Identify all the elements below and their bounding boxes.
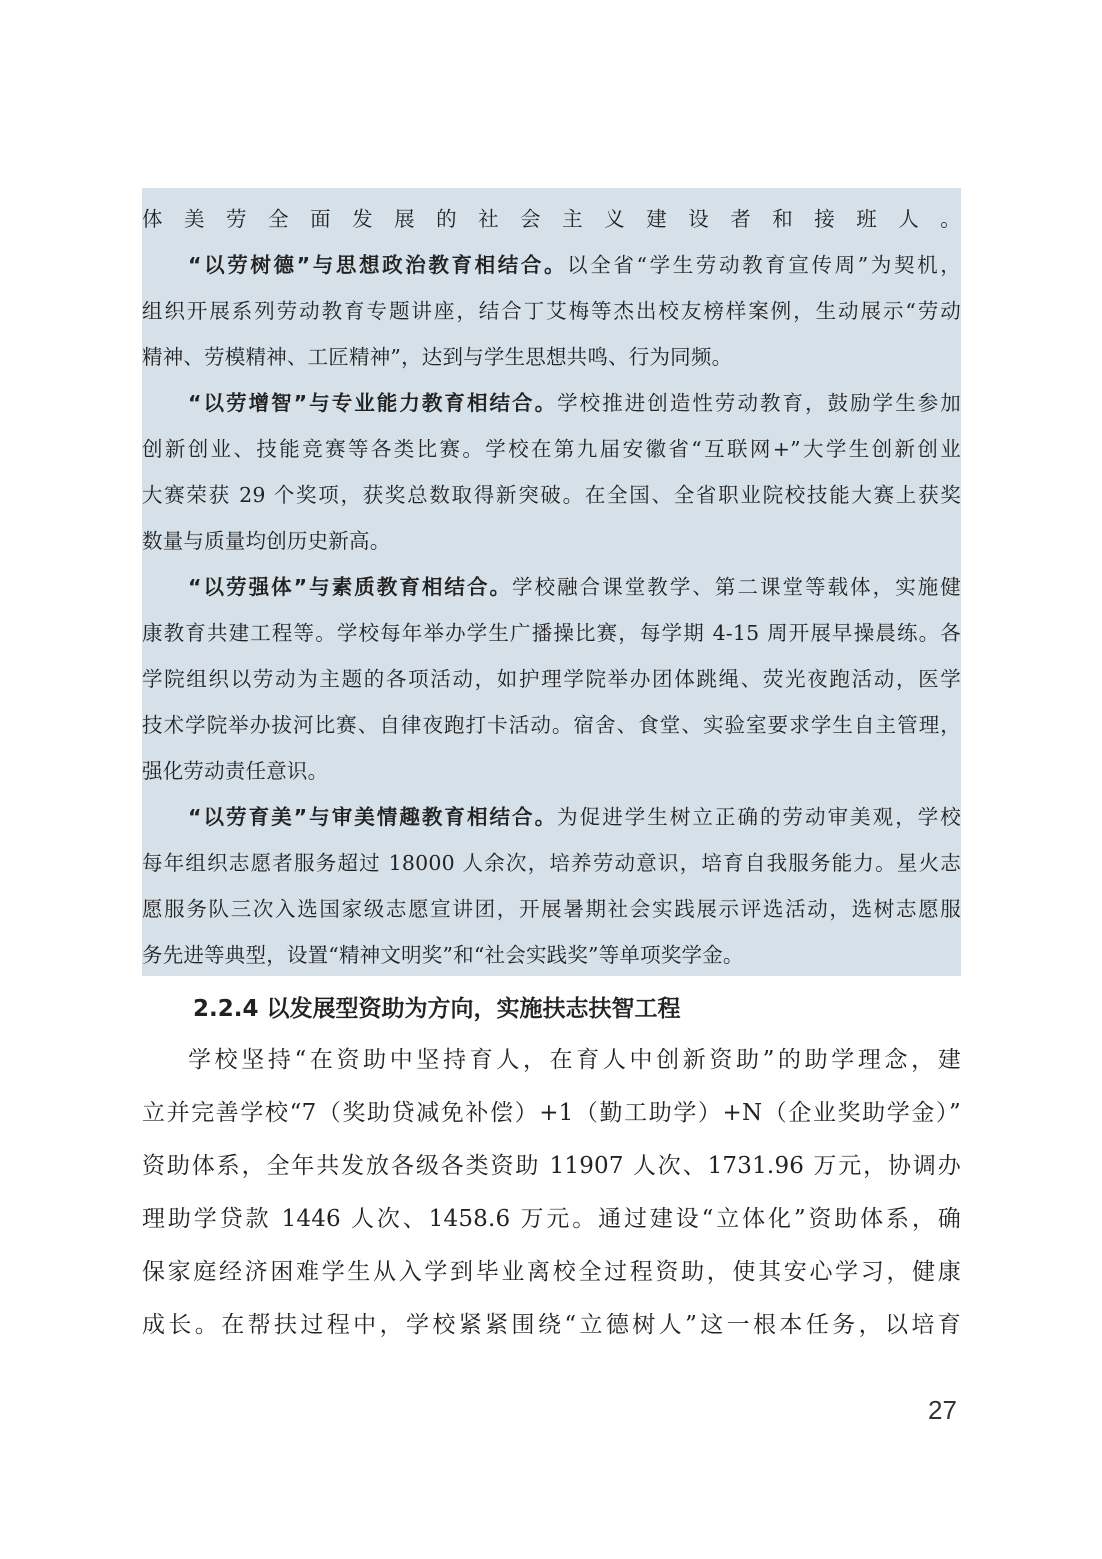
text-line: 学院组织以劳动为主题的各项活动，如护理学院举办团体跳绳、荧光夜跑活动，医学	[142, 665, 961, 693]
text-line: 大赛荣获 29 个奖项，获奖总数取得新突破。在全国、全省职业院校技能大赛上获奖	[142, 481, 961, 509]
section-heading: 2.2.4 以发展型资助为方向，实施扶志扶智工程	[193, 994, 681, 1024]
text-line: 技术学院举办拔河比赛、自律夜跑打卡活动。宿舍、食堂、实验室要求学生自主管理，	[142, 711, 961, 739]
paragraph-lead: “以劳树德”与思想政治教育相结合。	[188, 253, 567, 277]
text-line: 务先进等典型，设置“精神文明奖”和“社会实践奖”等单项奖学金。	[142, 941, 961, 969]
page-number: 27	[928, 1395, 957, 1426]
body-line: 成长。在帮扶过程中，学校紧紧围绕“立德树人”这一根本任务，以培育	[142, 1310, 961, 1340]
paragraph-lead: “以劳强体”与素质教育相结合。	[188, 575, 512, 599]
body-line: 立并完善学校“7（奖助贷减免补偿）+1（勤工助学）+N（企业奖助学金）”	[142, 1098, 961, 1128]
body-line: 资助体系，全年共发放各级各类资助 11907 人次、1731.96 万元，协调办	[142, 1151, 961, 1181]
text-line: 组织开展系列劳动教育专题讲座，结合丁艾梅等杰出校友榜样案例，生动展示“劳动	[142, 297, 961, 325]
text-line: 康教育共建工程等。学校每年举办学生广播操比赛，每学期 4-15 周开展早操晨练。…	[142, 619, 961, 647]
text-line: 精神、劳模精神、工匠精神”，达到与学生思想共鸣、行为同频。	[142, 343, 961, 371]
text-line: 强化劳动责任意识。	[142, 757, 961, 785]
document-page: 体美劳全面发展的社会主义建设者和接班人。 “以劳树德”与思想政治教育相结合。以全…	[0, 0, 1102, 1559]
text-line: 数量与质量均创历史新高。	[142, 527, 961, 555]
text-line: 体美劳全面发展的社会主义建设者和接班人。	[142, 205, 961, 233]
paragraph-labor-aesthetics: “以劳育美”与审美情趣教育相结合。为促进学生树立正确的劳动审美观，学校	[142, 803, 961, 831]
body-line: 保家庭经济困难学生从入学到毕业离校全过程资助，使其安心学习，健康	[142, 1257, 961, 1287]
paragraph-labor-physique: “以劳强体”与素质教育相结合。学校融合课堂教学、第二课堂等载体，实施健	[142, 573, 961, 601]
paragraph-labor-intellect: “以劳增智”与专业能力教育相结合。学校推进创造性劳动教育，鼓励学生参加	[142, 389, 961, 417]
body-line: 理助学贷款 1446 人次、1458.6 万元。通过建设“立体化”资助体系，确	[142, 1204, 961, 1234]
text-line: 每年组织志愿者服务超过 18000 人余次，培养劳动意识，培育自我服务能力。星火…	[142, 849, 961, 877]
paragraph-lead: “以劳增智”与专业能力教育相结合。	[188, 391, 557, 415]
paragraph-lead: “以劳育美”与审美情趣教育相结合。	[188, 805, 557, 829]
text-line: 创新创业、技能竞赛等各类比赛。学校在第九届安徽省“互联网+”大学生创新创业	[142, 435, 961, 463]
text-line: 愿服务队三次入选国家级志愿宣讲团，开展暑期社会实践展示评选活动，选树志愿服	[142, 895, 961, 923]
paragraph-labor-virtue: “以劳树德”与思想政治教育相结合。以全省“学生劳动教育宣传周”为契机，	[142, 251, 961, 279]
body-line: 学校坚持“在资助中坚持育人，在育人中创新资助”的助学理念，建	[142, 1045, 961, 1075]
